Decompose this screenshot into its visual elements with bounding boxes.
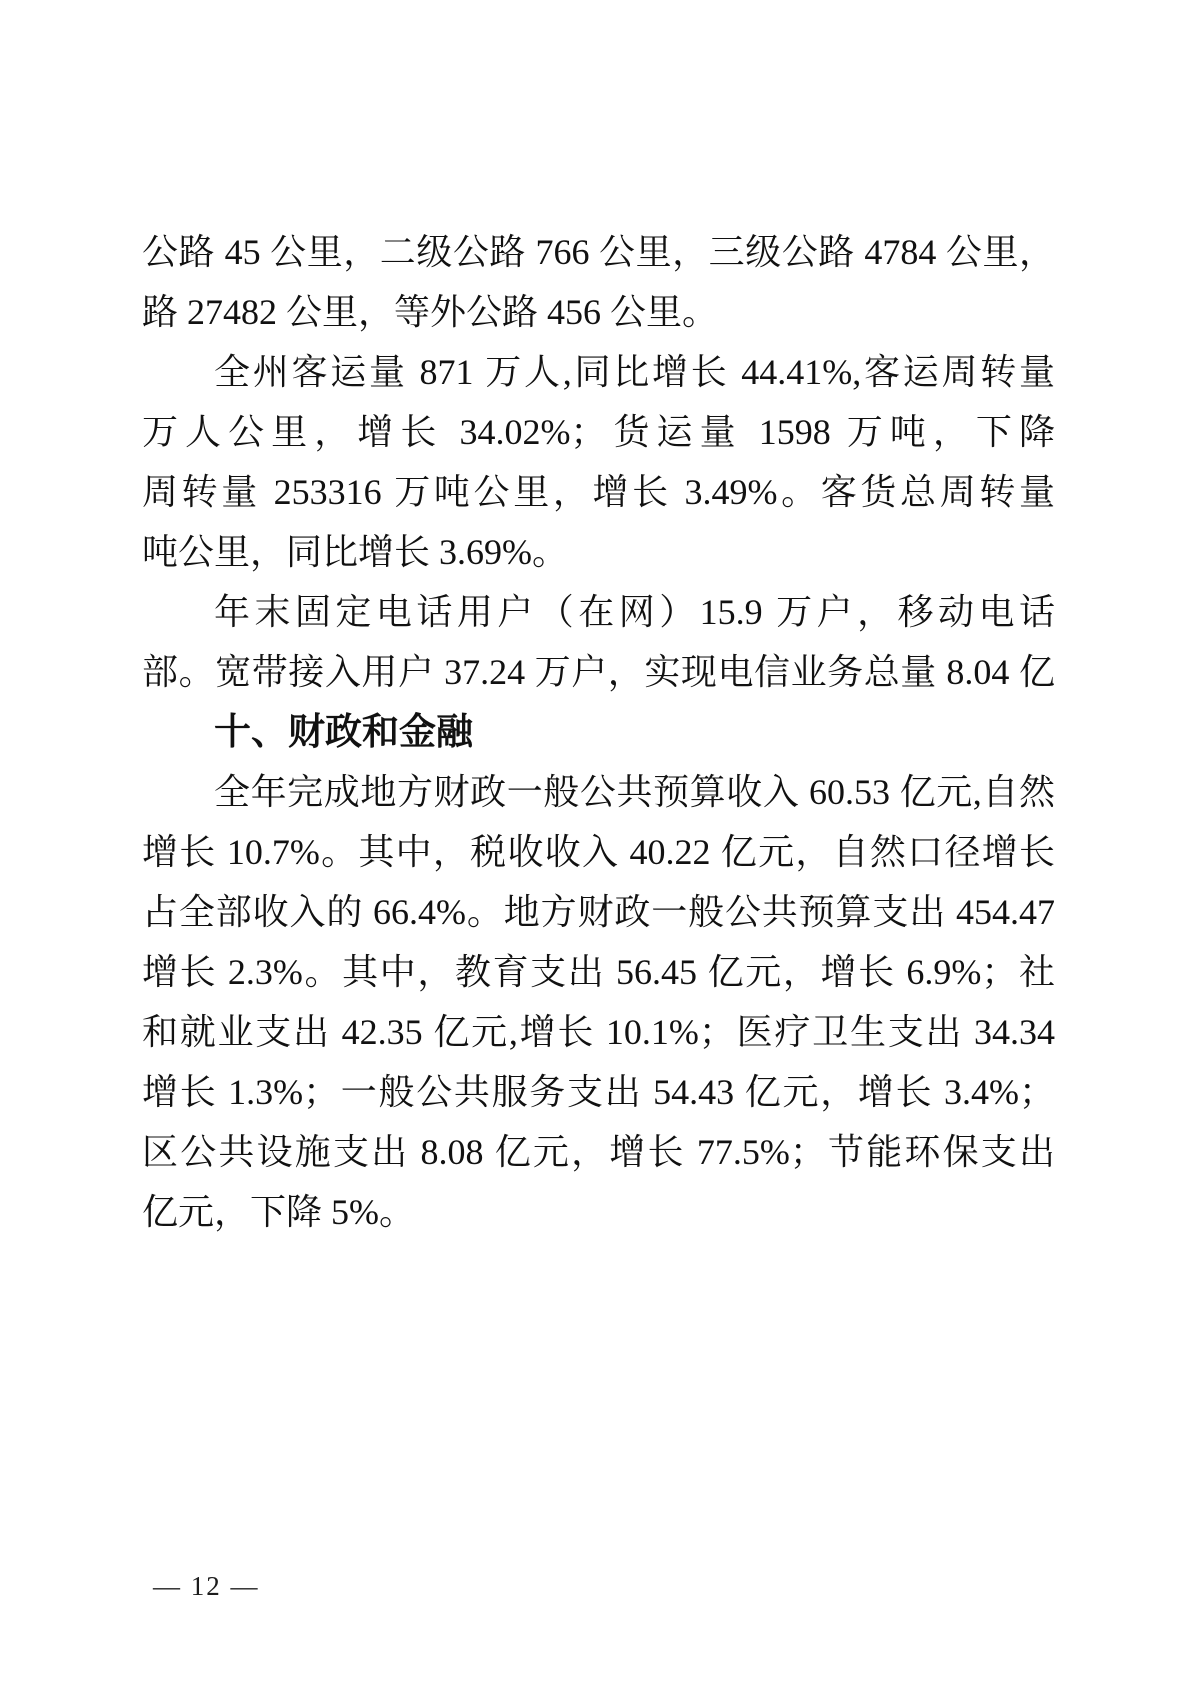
- page-number: — 12 —: [153, 1566, 260, 1606]
- text-line: 周转量 253316 万吨公里，增长 3.49%。客货总周转量 264870 万: [142, 462, 1055, 522]
- text-line: 区公共设施支出 8.08 亿元，增长 77.5%；节能环保支出 13.65: [142, 1122, 1055, 1182]
- text-line: 万人公里，增长 34.02%；货运量 1598 万吨，下降 16.07%，货运: [142, 402, 1055, 462]
- text-line: 全州客运量 871 万人,同比增长 44.41%,客运周转量 115546: [142, 342, 1055, 402]
- text-line: 增长 2.3%。其中，教育支出 56.45 亿元，增长 6.9%；社会保障: [142, 942, 1055, 1002]
- text-line: 吨公里，同比增长 3.69%。: [142, 522, 1055, 582]
- text-line: 年末固定电话用户（在网）15.9 万户，移动电话 103.93 万: [142, 582, 1055, 642]
- text-line: 和就业支出 42.35 亿元,增长 10.1%；医疗卫生支出 34.34 亿元，: [142, 1002, 1055, 1062]
- text-line: 公路 45 公里，二级公路 766 公里，三级公路 4784 公里，四级公: [142, 222, 1055, 282]
- text-line: 部。宽带接入用户 37.24 万户，实现电信业务总量 8.04 亿元。: [142, 642, 1055, 702]
- text-line: 增长 1.3%；一般公共服务支出 54.43 亿元，增长 3.4%；城乡社: [142, 1062, 1055, 1122]
- document-body: 公路 45 公里，二级公路 766 公里，三级公路 4784 公里，四级公 路 …: [142, 222, 1055, 1242]
- text-line: 占全部收入的 66.4%。地方财政一般公共预算支出 454.47 亿元，: [142, 882, 1055, 942]
- document-page: 公路 45 公里，二级公路 766 公里，三级公路 4784 公里，四级公 路 …: [0, 0, 1190, 1683]
- text-line: 路 27482 公里，等外公路 456 公里。: [142, 282, 1055, 342]
- text-line: 全年完成地方财政一般公共预算收入 60.53 亿元,自然口径: [142, 762, 1055, 822]
- text-line: 亿元，下降 5%。: [142, 1182, 1055, 1242]
- text-line: 增长 10.7%。其中，税收收入 40.22 亿元，自然口径增长 17.4%，: [142, 822, 1055, 882]
- section-heading: 十、财政和金融: [142, 702, 1055, 762]
